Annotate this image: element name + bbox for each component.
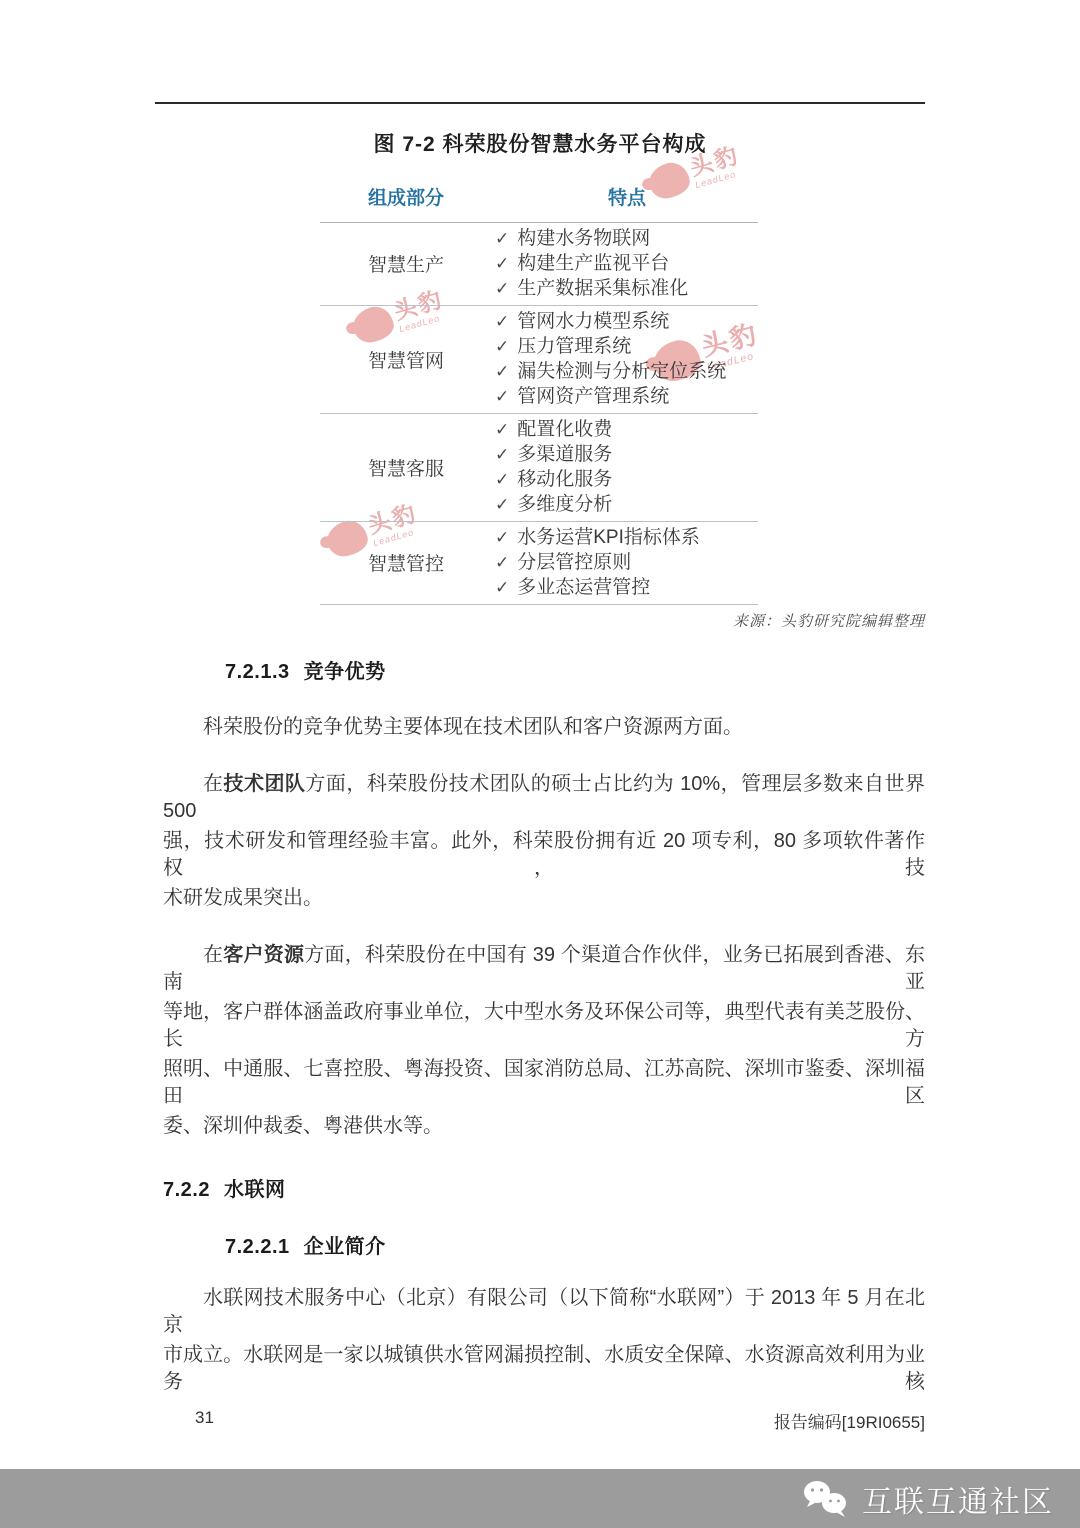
feature-text: 管网水力模型系统 xyxy=(517,311,669,332)
section-title: 企业简介 xyxy=(304,1236,386,1258)
text-segment: 在 xyxy=(203,773,223,795)
check-icon: ✓ xyxy=(495,334,509,359)
check-icon: ✓ xyxy=(495,309,509,334)
paragraph-line: 科荣股份的竞争优势主要体现在技术团队和客户资源两方面。 xyxy=(163,714,925,741)
feature-text: 压力管理系统 xyxy=(517,336,631,357)
section-heading-7-2-1-3: 7.2.1.3竞争优势 xyxy=(225,655,386,684)
table-row: 智慧管控 ✓水务运营KPI指标体系 ✓分层管控原则 ✓多业态运营管控 xyxy=(320,522,758,605)
feature-list: ✓构建水务物联网 ✓构建生产监视平台 ✓生产数据采集标准化 xyxy=(495,226,758,301)
header-rule xyxy=(155,102,925,104)
row-label: 智慧客服 xyxy=(320,454,495,481)
check-icon: ✓ xyxy=(495,251,509,276)
feature-text: 多业态运营管控 xyxy=(517,577,650,598)
row-label: 智慧管控 xyxy=(320,549,495,576)
check-icon: ✓ xyxy=(495,359,509,384)
feature-list: ✓配置化收费 ✓多渠道服务 ✓移动化服务 ✓多维度分析 xyxy=(495,417,758,517)
check-icon: ✓ xyxy=(495,226,509,251)
section-number: 7.2.2.1 xyxy=(225,1236,290,1258)
feature-item: ✓管网水力模型系统 xyxy=(495,309,758,334)
document-page: 图 7-2 科荣股份智慧水务平台构成 头豹LeadLeo 头豹LeadLeo 头… xyxy=(0,0,1080,1528)
check-icon: ✓ xyxy=(495,417,509,442)
feature-text: 水务运营KPI指标体系 xyxy=(517,527,700,548)
check-icon: ✓ xyxy=(495,492,509,517)
section-title: 竞争优势 xyxy=(304,661,386,683)
paragraph-line: 水联网技术服务中心（北京）有限公司（以下简称“水联网”）于 2013 年 5 月… xyxy=(163,1285,925,1339)
wechat-icon xyxy=(800,1477,852,1521)
feature-text: 分层管控原则 xyxy=(517,552,631,573)
row-label: 智慧生产 xyxy=(320,250,495,277)
feature-item: ✓管网资产管理系统 xyxy=(495,384,758,409)
source-note: 来源：头豹研究院编辑整理 xyxy=(155,610,925,631)
feature-item: ✓构建水务物联网 xyxy=(495,226,758,251)
paragraph-line: 在技术团队方面，科荣股份技术团队的硕士占比约为 10%，管理层多数来自世界 50… xyxy=(163,771,925,825)
feature-item: ✓多业态运营管控 xyxy=(495,575,758,600)
feature-item: ✓生产数据采集标准化 xyxy=(495,276,758,301)
check-icon: ✓ xyxy=(495,550,509,575)
feature-text: 多渠道服务 xyxy=(517,444,612,465)
feature-item: ✓多渠道服务 xyxy=(495,442,758,467)
bold-text-segment: 客户资源 xyxy=(223,944,304,966)
check-icon: ✓ xyxy=(495,525,509,550)
table-header-row: 组成部分 特点 xyxy=(320,166,758,223)
feature-list: ✓水务运营KPI指标体系 ✓分层管控原则 ✓多业态运营管控 xyxy=(495,525,758,600)
check-icon: ✓ xyxy=(495,384,509,409)
figure-title: 图 7-2 科荣股份智慧水务平台构成 xyxy=(155,128,925,158)
feature-item: ✓压力管理系统 xyxy=(495,334,758,359)
feature-text: 构建水务物联网 xyxy=(517,228,650,249)
row-label: 智慧管网 xyxy=(320,346,495,373)
feature-item: ✓多维度分析 xyxy=(495,492,758,517)
feature-text: 配置化收费 xyxy=(517,419,612,440)
paragraph-line: 术研发成果突出。 xyxy=(163,885,925,912)
feature-item: ✓配置化收费 xyxy=(495,417,758,442)
feature-text: 漏失检测与分析定位系统 xyxy=(517,361,726,382)
feature-item: ✓构建生产监视平台 xyxy=(495,251,758,276)
section-number: 7.2.2 xyxy=(163,1179,210,1201)
feature-item: ✓移动化服务 xyxy=(495,467,758,492)
check-icon: ✓ xyxy=(495,442,509,467)
paragraph-line: 照明、中通服、七喜控股、粤海投资、国家消防总局、江苏高院、深圳市鉴委、深圳福田区 xyxy=(163,1056,925,1110)
smart-water-platform-table: 组成部分 特点 智慧生产 ✓构建水务物联网 ✓构建生产监视平台 ✓生产数据采集标… xyxy=(320,166,758,605)
section-title: 水联网 xyxy=(224,1179,286,1201)
community-name: 互联互通社区 xyxy=(862,1477,1054,1521)
community-footer-bar: 互联互通社区 xyxy=(0,1469,1080,1528)
paragraph-line: 市成立。水联网是一家以城镇供水管网漏损控制、水质安全保障、水资源高效利用为业务核 xyxy=(163,1342,925,1396)
check-icon: ✓ xyxy=(495,467,509,492)
column-header-feature: 特点 xyxy=(495,183,758,210)
feature-item: ✓分层管控原则 xyxy=(495,550,758,575)
table-row: 智慧管网 ✓管网水力模型系统 ✓压力管理系统 ✓漏失检测与分析定位系统 ✓管网资… xyxy=(320,306,758,414)
column-header-component: 组成部分 xyxy=(320,183,495,210)
table-row: 智慧生产 ✓构建水务物联网 ✓构建生产监视平台 ✓生产数据采集标准化 xyxy=(320,223,758,306)
bold-text-segment: 技术团队 xyxy=(223,773,305,795)
paragraph-line: 强，技术研发和管理经验丰富。此外，科荣股份拥有近 20 项专利，80 多项软件著… xyxy=(163,828,925,882)
feature-text: 移动化服务 xyxy=(517,469,612,490)
feature-list: ✓管网水力模型系统 ✓压力管理系统 ✓漏失检测与分析定位系统 ✓管网资产管理系统 xyxy=(495,309,758,409)
text-segment: 在 xyxy=(203,944,223,966)
report-code: 报告编码[19RI0655] xyxy=(155,1408,925,1433)
paragraph-line: 等地，客户群体涵盖政府事业单位，大中型水务及环保公司等，典型代表有美芝股份、长方 xyxy=(163,999,925,1053)
table-row: 智慧客服 ✓配置化收费 ✓多渠道服务 ✓移动化服务 ✓多维度分析 xyxy=(320,414,758,522)
check-icon: ✓ xyxy=(495,575,509,600)
section-number: 7.2.1.3 xyxy=(225,661,290,683)
paragraph-line: 委、深圳仲裁委、粤港供水等。 xyxy=(163,1113,925,1140)
feature-item: ✓水务运营KPI指标体系 xyxy=(495,525,758,550)
feature-text: 多维度分析 xyxy=(517,494,612,515)
feature-text: 管网资产管理系统 xyxy=(517,386,669,407)
check-icon: ✓ xyxy=(495,276,509,301)
section-heading-7-2-2-1: 7.2.2.1企业简介 xyxy=(225,1230,386,1259)
feature-text: 构建生产监视平台 xyxy=(517,253,669,274)
paragraph-line: 在客户资源方面，科荣股份在中国有 39 个渠道合作伙伴，业务已拓展到香港、东南亚 xyxy=(163,942,925,996)
feature-text: 生产数据采集标准化 xyxy=(517,278,688,299)
feature-item: ✓漏失检测与分析定位系统 xyxy=(495,359,758,384)
section-heading-7-2-2: 7.2.2水联网 xyxy=(163,1173,285,1202)
